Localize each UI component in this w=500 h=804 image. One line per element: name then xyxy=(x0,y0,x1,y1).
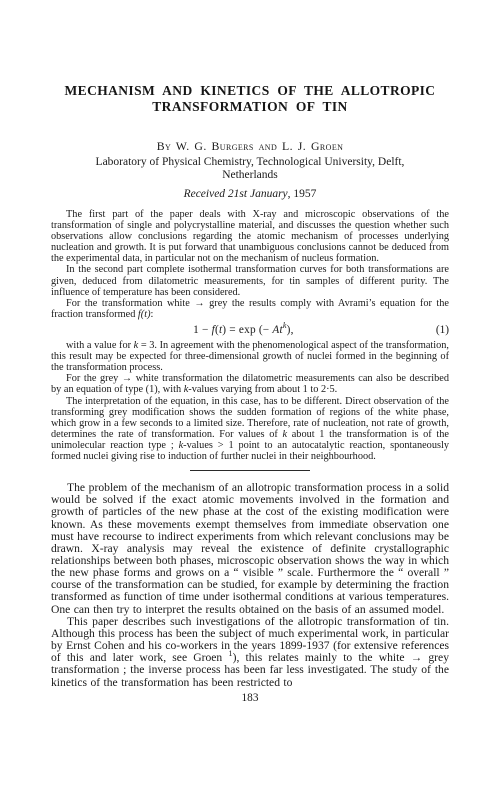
abstract-para-5-post: -values varying from about 1 to 2·5. xyxy=(188,384,337,395)
received-date-year: , 1957 xyxy=(288,188,317,200)
paper-title: MECHANISM AND KINETICS OF THE ALLOTROPIC… xyxy=(0,83,500,114)
paper-page: MECHANISM AND KINETICS OF THE ALLOTROPIC… xyxy=(0,0,500,804)
equation-At: At xyxy=(272,324,282,336)
abstract-para-3-colon: : xyxy=(151,309,154,320)
equation-lead: 1 − xyxy=(193,324,211,336)
abstract-para-5: For the grey → white transformation the … xyxy=(51,373,449,395)
body-para-2: This paper describes such investigations… xyxy=(51,616,449,689)
affiliation-line1: Laboratory of Physical Chemistry, Techno… xyxy=(0,156,500,169)
affiliation: Laboratory of Physical Chemistry, Techno… xyxy=(0,156,500,181)
abstract-section: The first part of the paper deals with X… xyxy=(51,209,449,462)
body-text-section: The problem of the mechanism of an allot… xyxy=(51,482,449,689)
abstract-para-3: For the transformation white → grey the … xyxy=(51,298,449,320)
received-date: Received 21st January, 1957 xyxy=(0,188,500,200)
abstract-para-3-text: For the transformation white → grey the … xyxy=(51,298,449,320)
page-number: 183 xyxy=(0,692,500,704)
equation-mid: ) = exp (− xyxy=(222,324,272,336)
abstract-para-1: The first part of the paper deals with X… xyxy=(51,209,449,264)
author-byline: By W. G. Burgers and L. J. Groen xyxy=(0,139,500,154)
section-divider xyxy=(190,470,310,471)
equation-number: (1) xyxy=(436,325,449,336)
affiliation-line2: Netherlands xyxy=(0,169,500,182)
paper-title-line1: MECHANISM AND KINETICS OF THE ALLOTROPIC xyxy=(0,83,500,99)
body-para-1: The problem of the mechanism of an allot… xyxy=(51,482,449,616)
fraction-transformed-symbol: f(t) xyxy=(138,309,151,320)
avrami-equation: 1 − f(t) = exp (− Atk), xyxy=(51,325,436,336)
avrami-equation-row: 1 − f(t) = exp (− Atk), (1) xyxy=(51,325,449,336)
abstract-para-4: with a value for k = 3. In agreement wit… xyxy=(51,340,449,373)
abstract-para-6: The interpretation of the equation, in t… xyxy=(51,396,449,463)
abstract-para-4-pre: with a value for xyxy=(66,340,134,351)
abstract-para-2: In the second part complete isothermal t… xyxy=(51,264,449,297)
paper-title-line2: TRANSFORMATION OF TIN xyxy=(0,99,500,115)
received-date-italic: Received 21st January xyxy=(184,188,288,200)
equation-close: ), xyxy=(287,324,294,336)
